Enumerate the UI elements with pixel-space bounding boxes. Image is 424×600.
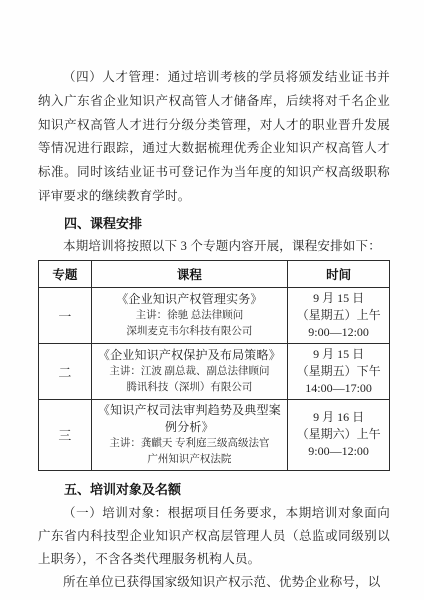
course-day: （星期六）上午 [290,426,387,443]
course-cell: 《企业知识产权管理实务》 主讲：徐驰 总法律顾问 深圳麦克韦尔科技有限公司 [91,287,288,343]
course-date: 9 月 15 日 [290,346,387,363]
time-cell: 9 月 15 日 （星期五）上午 9:00—12:00 [288,287,390,343]
table-header-row: 专题 课程 时间 [39,260,390,287]
course-hours: 14:00—17:00 [290,380,387,397]
course-organization: 广州知识产权法院 [94,452,286,468]
time-cell: 9 月 15 日 （星期五）下午 14:00—17:00 [288,343,390,399]
document-page: （四）人才管理：通过培训考核的学员将颁发结业证书并纳入广东省企业知识产权高管人才… [0,0,424,600]
course-cell: 《企业知识产权保护及布局策略》 主讲：江波 副总裁、副总法律顾问 腾讯科技（深圳… [91,343,288,399]
paragraph-talent-management: （四）人才管理：通过培训考核的学员将颁发结业证书并纳入广东省企业知识产权高管人才… [38,66,390,209]
time-cell: 9 月 16 日 （星期六）上午 9:00—12:00 [288,399,390,470]
section-heading-training-targets: 五、培训对象及名额 [38,480,390,500]
course-lecturer: 主讲：江波 副总裁、副总法律顾问 [94,364,286,380]
table-row: 三 《知识产权司法审判趋势及典型案例分析》 主讲：龚麒天 专利庭三级高级法官 广… [39,399,390,470]
column-header-course: 课程 [91,260,288,287]
topic-number: 三 [39,399,92,470]
course-cell: 《知识产权司法审判趋势及典型案例分析》 主讲：龚麒天 专利庭三级高级法官 广州知… [91,399,288,470]
course-day: （星期五）下午 [290,363,387,380]
column-header-time: 时间 [288,260,390,287]
table-row: 一 《企业知识产权管理实务》 主讲：徐驰 总法律顾问 深圳麦克韦尔科技有限公司 … [39,287,390,343]
course-date: 9 月 16 日 [290,409,387,426]
paragraph-unit-qualification: 所在单位已获得国家级知识产权示范、优势企业称号，以 [38,571,390,594]
course-schedule-intro: 本期培训将按照以下 3 个专题内容开展，课程安排如下： [38,236,390,257]
course-hours: 9:00—12:00 [290,324,387,341]
course-hours: 9:00—12:00 [290,443,387,460]
section-heading-course-schedule: 四、课程安排 [38,214,390,234]
topic-number: 一 [39,287,92,343]
course-schedule-table: 专题 课程 时间 一 《企业知识产权管理实务》 主讲：徐驰 总法律顾问 深圳麦克… [38,260,390,471]
course-title: 《企业知识产权保护及布局策略》 [94,347,286,364]
course-title: 《企业知识产权管理实务》 [94,291,286,308]
page-number: - 3 - [0,551,424,561]
column-header-topic: 专题 [39,260,92,287]
topic-number: 二 [39,343,92,399]
course-day: （星期五）上午 [290,307,387,324]
course-organization: 腾讯科技（深圳）有限公司 [94,380,286,396]
course-organization: 深圳麦克韦尔科技有限公司 [94,324,286,340]
course-lecturer: 主讲：徐驰 总法律顾问 [94,308,286,324]
course-date: 9 月 15 日 [290,290,387,307]
course-lecturer: 主讲：龚麒天 专利庭三级高级法官 [94,436,286,452]
course-title: 《知识产权司法审判趋势及典型案例分析》 [94,402,286,436]
table-row: 二 《企业知识产权保护及布局策略》 主讲：江波 副总裁、副总法律顾问 腾讯科技（… [39,343,390,399]
